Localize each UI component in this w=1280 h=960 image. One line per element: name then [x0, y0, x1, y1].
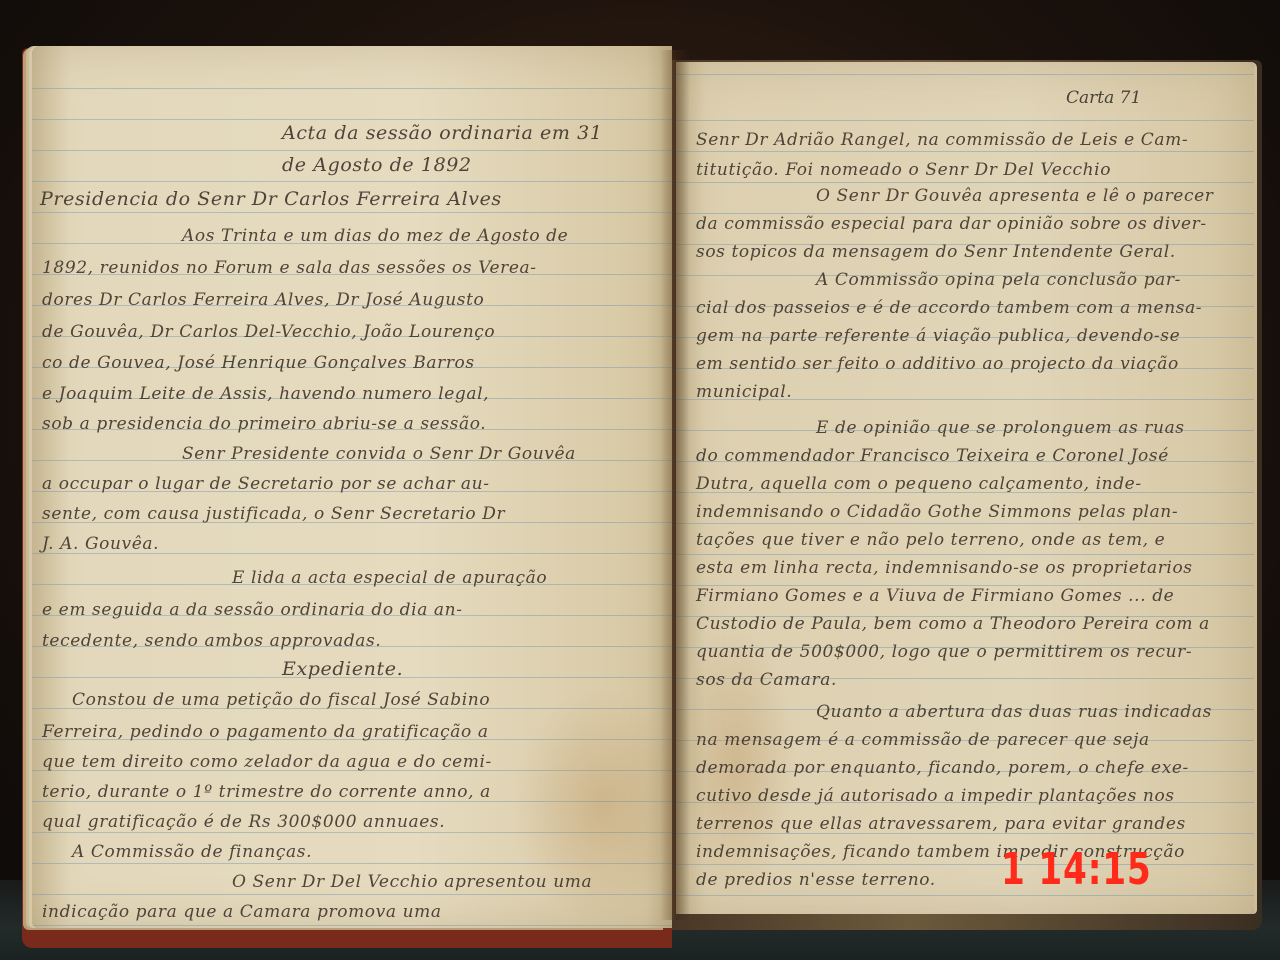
text-line: 1892, reunidos no Forum e sala das sessõ…: [42, 258, 537, 278]
text-line: em sentido ser feito o additivo ao proje…: [696, 354, 1179, 374]
text-line: indemnisando o Cidadão Gothe Simmons pel…: [696, 502, 1178, 522]
text-line: do commendador Francisco Teixeira e Coro…: [696, 446, 1169, 466]
text-line: titutição. Foi nomeado o Senr Dr Del Vec…: [696, 160, 1111, 180]
text-line: terio, durante o 1º trimestre do corrent…: [42, 782, 491, 802]
text-line: E lida a acta especial de apuração: [232, 568, 547, 588]
right-page: Carta 71 Senr Dr Adrião Rangel, na commi…: [676, 62, 1254, 914]
text-line: O Senr Dr Gouvêa apresenta e lê o parece…: [816, 186, 1213, 206]
text-line: Ferreira, pedindo o pagamento da gratifi…: [42, 722, 489, 742]
text-line: sob a presidencia do primeiro abriu-se a…: [42, 414, 486, 434]
text-line: municipal.: [696, 382, 792, 402]
minutes-date: de Agosto de 1892: [282, 154, 472, 176]
text-line: O Senr Dr Del Vecchio apresentou uma: [232, 872, 592, 892]
text-line: demorada por enquanto, ficando, porem, o…: [696, 758, 1189, 778]
text-line: sente, com causa justificada, o Senr Sec…: [42, 504, 505, 524]
text-line: Senr Dr Adrião Rangel, na commissão de L…: [696, 130, 1188, 150]
text-line: dores Dr Carlos Ferreira Alves, Dr José …: [42, 290, 484, 310]
text-line: Firmiano Gomes e a Viuva de Firmiano Gom…: [696, 586, 1174, 606]
text-line: gem na parte referente á viação publica,…: [696, 326, 1180, 346]
text-line: Aos Trinta e um dias do mez de Agosto de: [182, 226, 568, 246]
text-line: Quanto a abertura das duas ruas indicada…: [816, 702, 1212, 722]
text-line: que tem direito como zelador da agua e d…: [42, 752, 492, 772]
text-line: qual gratificação é de Rs 300$000 annuae…: [42, 812, 445, 832]
text-line: tações que tiver e não pelo terreno, ond…: [696, 530, 1165, 550]
text-line: A Commissão de finanças.: [72, 842, 312, 862]
left-page: Acta da sessão ordinaria em 31 de Agosto…: [32, 46, 672, 928]
text-line: Constou de uma petição do fiscal José Sa…: [72, 690, 490, 710]
text-line: Dutra, aquella com o pequeno calçamento,…: [696, 474, 1142, 494]
text-line: Senr Presidente convida o Senr Dr Gouvêa: [182, 444, 576, 464]
page-number: Carta 71: [1066, 88, 1141, 108]
text-line: co de Gouvea, José Henrique Gonçalves Ba…: [42, 353, 475, 373]
text-line: indicação para que a Camara promova uma: [42, 902, 442, 922]
text-line: e Joaquim Leite de Assis, havendo numero…: [42, 384, 489, 404]
text-line: tecedente, sendo ambos approvadas.: [42, 631, 381, 651]
text-line: cutivo desde já autorisado a impedir pla…: [696, 786, 1175, 806]
minutes-title: Acta da sessão ordinaria em 31: [282, 122, 603, 144]
text-line: na mensagem é a commissão de parecer que…: [696, 730, 1150, 750]
text-line: e em seguida a da sessão ordinaria do di…: [42, 600, 463, 620]
text-line: terrenos que ellas atravessarem, para ev…: [696, 814, 1186, 834]
presidency-line: Presidencia do Senr Dr Carlos Ferreira A…: [40, 188, 502, 210]
text-line: cial dos passeios e é de accordo tambem …: [696, 298, 1202, 318]
text-line: de predios n'esse terreno.: [696, 870, 936, 890]
text-line: de Gouvêa, Dr Carlos Del-Vecchio, João L…: [42, 322, 495, 342]
text-line: E de opinião que se prolonguem as ruas: [816, 418, 1185, 438]
text-line: sos da Camara.: [696, 670, 837, 690]
text-line: J. A. Gouvêa.: [42, 534, 159, 554]
camera-timestamp: 1 14:15: [1001, 844, 1152, 895]
text-line: da commissão especial para dar opinião s…: [696, 214, 1207, 234]
text-line: sos topicos da mensagem do Senr Intenden…: [696, 242, 1176, 262]
text-line: esta em linha recta, indemnisando-se os …: [696, 558, 1193, 578]
text-line: a occupar o lugar de Secretario por se a…: [42, 474, 490, 494]
text-line: quantia de 500$000, logo que o permittir…: [696, 642, 1192, 662]
text-line: Custodio de Paula, bem como a Theodoro P…: [696, 614, 1210, 634]
section-heading-expediente: Expediente.: [282, 658, 403, 680]
text-line: A Commissão opina pela conclusão par-: [816, 270, 1181, 290]
